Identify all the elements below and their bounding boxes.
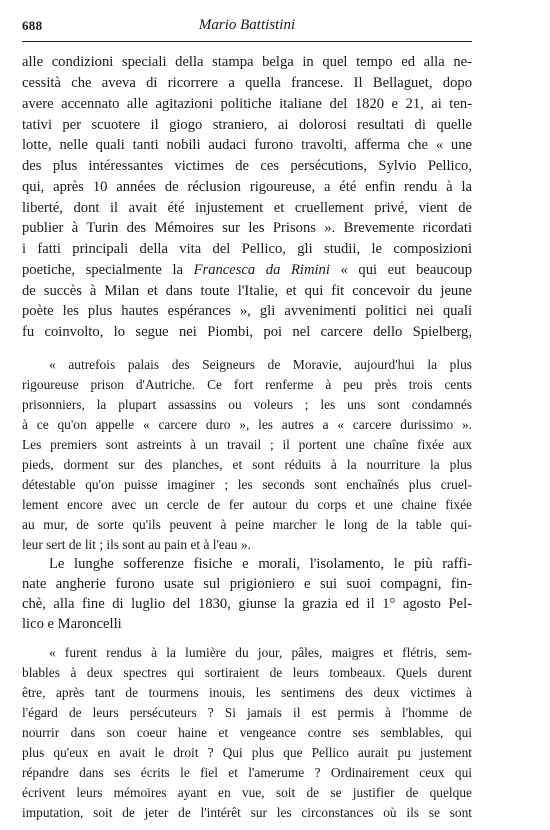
quote-line: détestable qu'on puisse imaginer ; les s… bbox=[22, 475, 472, 495]
quote-line: l'égard de leurs persécuteurs ? Si jamai… bbox=[22, 703, 472, 723]
quote-line: leur sert de lit ; ils sont au pain et à… bbox=[22, 535, 472, 555]
text-line: des plus intéressantes victimes de ces p… bbox=[22, 156, 472, 176]
text-line: chè, alla fine di luglio del 1830, giuns… bbox=[22, 594, 472, 614]
quote-line: « autrefois palais des Seigneurs de Mora… bbox=[49, 355, 472, 375]
text-line: qui, après 10 années de réclusion rigour… bbox=[22, 177, 472, 197]
text-line: poetiche, specialmente la Francesca da R… bbox=[22, 260, 472, 280]
text-line: alle condizioni speciali della stampa be… bbox=[22, 52, 472, 72]
text-line: tativi per scuotere il giogo straniero, … bbox=[22, 115, 472, 135]
quote-line: nourrir dans son coeur haine et vengeanc… bbox=[22, 723, 472, 743]
quote-line: plus qu'eux en avait le droit ? Qui plus… bbox=[22, 743, 472, 763]
quote-line: écrivent leurs mémoires ayant en vue, so… bbox=[22, 783, 472, 803]
quote-line: pieds, dorment sur des planches, et sont… bbox=[22, 455, 472, 475]
text-line: liberté, dont il avait été injustement e… bbox=[22, 198, 472, 218]
quote-line: répandre dans ses écrits le fiel et l'am… bbox=[22, 763, 472, 783]
text-line: i fatti principali della vita del Pellic… bbox=[22, 239, 472, 259]
text-line: publier à Turin des Mémoires sur les Pri… bbox=[22, 218, 472, 238]
work-title-italic: Francesca da Rimini bbox=[194, 262, 330, 278]
text-line: fu coinvolto, lo segue nei Piombi, poi n… bbox=[22, 322, 472, 342]
text-line: lico e Maroncelli bbox=[22, 614, 472, 634]
text-line: de succès à Milan et dans toute l'Italie… bbox=[22, 281, 472, 301]
page-header: 688 Mario Battistini bbox=[22, 14, 472, 36]
text-line: nate angherie furono usate sul prigionie… bbox=[22, 574, 472, 594]
text-line: avere accennato alle agitazioni politich… bbox=[22, 94, 472, 114]
quote-line: « furent rendus à la lumière du jour, pâ… bbox=[49, 643, 472, 663]
book-page: 688 Mario Battistini alle condizioni spe… bbox=[0, 0, 550, 830]
quote-line: rigoureuse prison d'Autriche. Ce fort re… bbox=[22, 375, 472, 395]
quote-line: être, après tant de tourmens inouis, les… bbox=[22, 683, 472, 703]
header-rule bbox=[22, 41, 472, 42]
quote-line: blables à deux spectres qui sortiraient … bbox=[22, 663, 472, 683]
text-line: Le lunghe sofferenze fisiche e morali, l… bbox=[49, 554, 472, 574]
quote-line: imputation, soit de jeter de l'intérêt s… bbox=[22, 803, 472, 823]
text-span: « qui eut beaucoup bbox=[330, 262, 472, 278]
quote-line: au mur, de sorte qu'ils peuvent à peine … bbox=[22, 515, 472, 535]
text-line: poète les plus hautes espérances », gli … bbox=[22, 301, 472, 321]
text-span: poetiche, specialmente la bbox=[22, 262, 194, 278]
text-line: cessità che aveva di ricorrere a quella … bbox=[22, 73, 472, 93]
quote-line: prisonniers, la plupart assassins ou vol… bbox=[22, 395, 472, 415]
quote-line: Les premiers sont astreints à un travail… bbox=[22, 435, 472, 455]
running-head-author: Mario Battistini bbox=[22, 17, 472, 34]
quote-line: lement encore avec un cercle de fer auto… bbox=[22, 495, 472, 515]
quote-line: à ce qu'on appelle « carcere duro », les… bbox=[22, 415, 472, 435]
text-line: lotte, nelle quali tanti nobili audaci f… bbox=[22, 135, 472, 155]
